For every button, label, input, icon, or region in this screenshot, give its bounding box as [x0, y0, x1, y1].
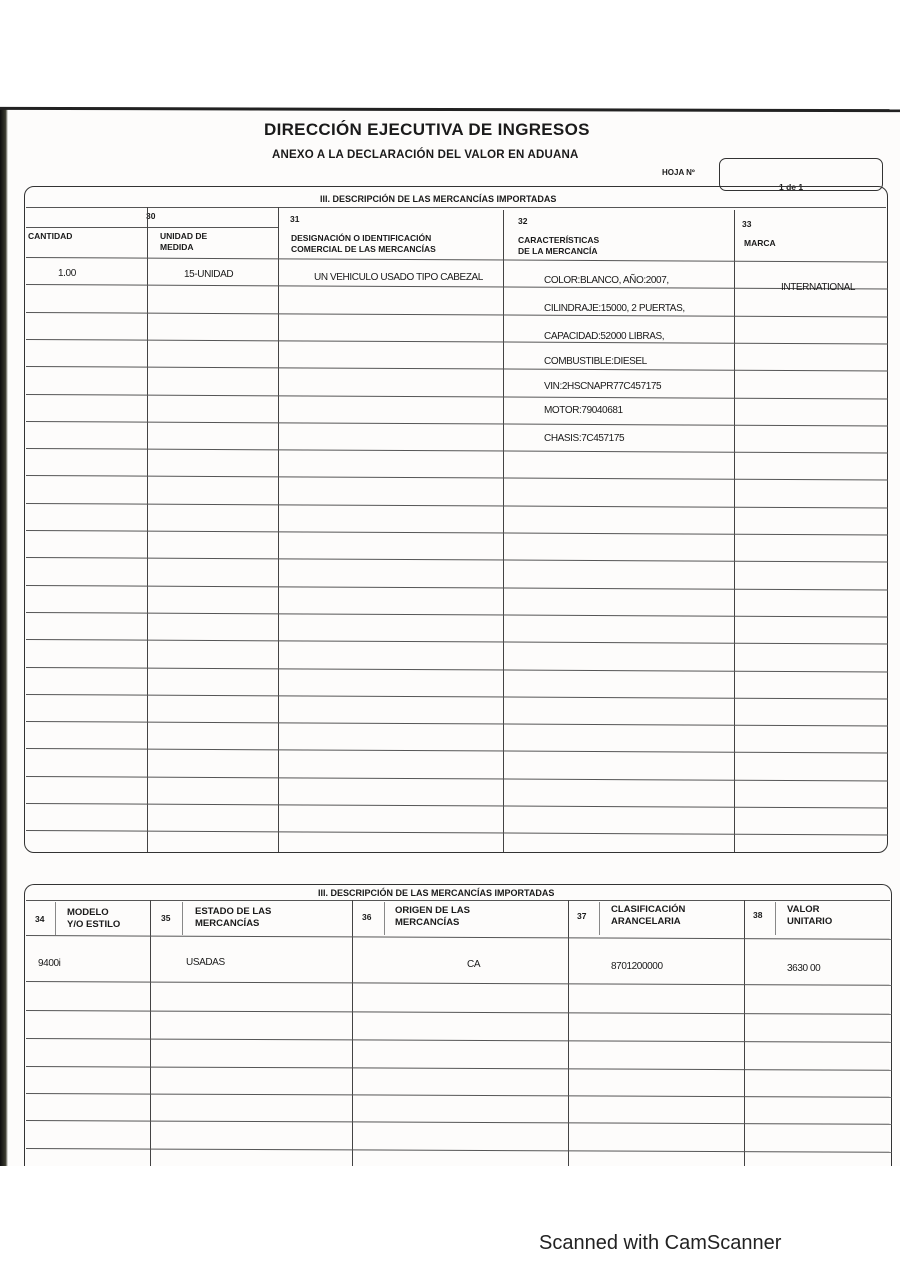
col-34-number: 34 — [35, 914, 44, 924]
col-marca-header: MARCA — [744, 238, 776, 249]
col-caracteristicas-header: CARACTERÍSTICAS DE LA MERCANCÍA — [518, 235, 599, 257]
cell-designacion: UN VEHICULO USADO TIPO CABEZAL — [314, 272, 483, 283]
characteristic-line: CHASIS:7C457175 — [544, 433, 624, 444]
col-modelo-line1: MODELO — [67, 907, 120, 919]
col-caracteristicas-line2: DE LA MERCANCÍA — [518, 246, 599, 257]
number-separator — [384, 902, 385, 935]
characteristic-line: COLOR:BLANCO, AÑO:2007, — [544, 275, 669, 286]
col-36-number: 36 — [362, 912, 371, 922]
col-modelo-line2: Y/O ESTILO — [67, 919, 120, 931]
column-divider — [744, 900, 745, 1166]
column-divider — [352, 900, 353, 1166]
column-divider — [734, 210, 735, 852]
col-unidad-header: UNIDAD DE MEDIDA — [160, 231, 207, 253]
col-32-number: 32 — [518, 216, 527, 226]
col-37-number: 37 — [577, 911, 586, 921]
col-cantidad-header: CANTIDAD — [28, 231, 72, 242]
cell-cantidad: 1.00 — [58, 268, 76, 279]
col-clasificacion-header: CLASIFICACIÓN ARANCELARIA — [611, 904, 685, 928]
characteristic-line: COMBUSTIBLE:DIESEL — [544, 356, 647, 367]
number-separator — [775, 902, 776, 935]
col-origen-line2: MERCANCÍAS — [395, 917, 470, 929]
column-divider — [568, 900, 569, 1166]
page-bottom-margin — [0, 1166, 900, 1273]
col-clasificacion-line2: ARANCELARIA — [611, 916, 685, 928]
col-38-number: 38 — [753, 910, 762, 920]
cell-unidad-medida: 15-UNIDAD — [184, 269, 233, 280]
number-separator — [599, 902, 600, 935]
col-estado-line2: MERCANCÍAS — [195, 918, 271, 930]
col-origen-header: ORIGEN DE LAS MERCANCÍAS — [395, 905, 470, 929]
col-31-number: 31 — [290, 214, 299, 224]
column-divider — [503, 210, 504, 852]
col-clasificacion-line1: CLASIFICACIÓN — [611, 904, 685, 916]
col-35-number: 35 — [161, 913, 170, 923]
bottom-header-divider — [26, 900, 890, 901]
col-estado-header: ESTADO DE LAS MERCANCÍAS — [195, 906, 271, 930]
header-divider — [26, 207, 886, 208]
camscanner-watermark: Scanned with CamScanner — [539, 1232, 781, 1255]
column-divider — [150, 900, 151, 1166]
col-designacion-line2: COMERCIAL DE LAS MERCANCÍAS — [291, 244, 436, 255]
cell-origen: CA — [467, 959, 480, 970]
number-separator — [182, 902, 183, 935]
col-modelo-header: MODELO Y/O ESTILO — [67, 907, 120, 931]
characteristic-line: CAPACIDAD:52000 LIBRAS, — [544, 331, 664, 342]
sheet-number-label: HOJA Nº — [662, 168, 695, 177]
section-title-bottom: III. DESCRIPCIÓN DE LAS MERCANCÍAS IMPOR… — [318, 888, 554, 898]
col-valor-line1: VALOR — [787, 904, 832, 916]
col-unidad-line2: MEDIDA — [160, 242, 207, 253]
number-separator — [55, 902, 56, 935]
col-designacion-line1: DESIGNACIÓN O IDENTIFICACIÓN — [291, 233, 436, 244]
document-subtitle: ANEXO A LA DECLARACIÓN DEL VALOR EN ADUA… — [272, 149, 579, 161]
scan-left-edge — [0, 108, 8, 1168]
document-title: DIRECCIÓN EJECUTIVA DE INGRESOS — [264, 120, 590, 140]
col-unidad-line1: UNIDAD DE — [160, 231, 207, 242]
col-estado-line1: ESTADO DE LAS — [195, 906, 271, 918]
cell-estado: USADAS — [186, 957, 225, 968]
column-divider — [147, 207, 148, 852]
characteristic-line: CILINDRAJE:15000, 2 PUERTAS, — [544, 303, 685, 314]
cell-clasificacion: 8701200000 — [611, 961, 663, 972]
cell-valor-unitario: 3630 00 — [787, 963, 820, 974]
col-33-number: 33 — [742, 219, 751, 229]
subheader-divider — [26, 227, 278, 228]
characteristic-line: VIN:2HSCNAPR77C457175 — [544, 381, 661, 392]
goods-details-table — [24, 884, 892, 1184]
col-valor-line2: UNITARIO — [787, 916, 832, 928]
column-divider — [278, 207, 279, 852]
section-title-top: III. DESCRIPCIÓN DE LAS MERCANCÍAS IMPOR… — [320, 194, 556, 204]
cell-modelo: 9400i — [38, 958, 60, 969]
col-caracteristicas-line1: CARACTERÍSTICAS — [518, 235, 599, 246]
cell-marca: INTERNATIONAL — [781, 282, 855, 293]
col-designacion-header: DESIGNACIÓN O IDENTIFICACIÓN COMERCIAL D… — [291, 233, 436, 255]
col-valor-header: VALOR UNITARIO — [787, 904, 832, 928]
characteristic-line: MOTOR:79040681 — [544, 405, 623, 416]
col-origen-line1: ORIGEN DE LAS — [395, 905, 470, 917]
